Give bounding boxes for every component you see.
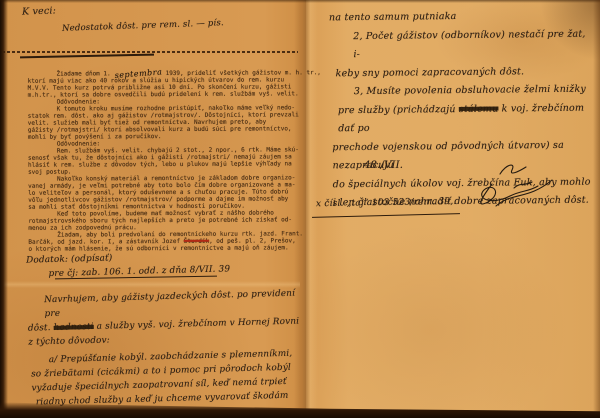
scan-edge-left <box>0 0 8 418</box>
scan-edge-top <box>0 0 600 3</box>
typed-letter-body: Žiadame dňom 1. septembra 1939, prideliť… <box>28 68 315 252</box>
signature-flourish <box>466 160 558 216</box>
pen-underline <box>20 54 154 58</box>
subject-note: Nedostatok dôst. pre rem. sl. — pís. <box>62 18 224 34</box>
document-scan: K veci: Nedostatok dôst. pre rem. sl. — … <box>0 0 600 418</box>
corner-note: K veci: <box>22 5 56 17</box>
reference-underline <box>312 213 460 218</box>
date-note: 48./VII. <box>364 160 403 171</box>
signature-icon <box>466 160 558 212</box>
handwritten-addendum: Dodatok: (odpísať)pre čj: zab. 106. 1. o… <box>18 246 314 410</box>
